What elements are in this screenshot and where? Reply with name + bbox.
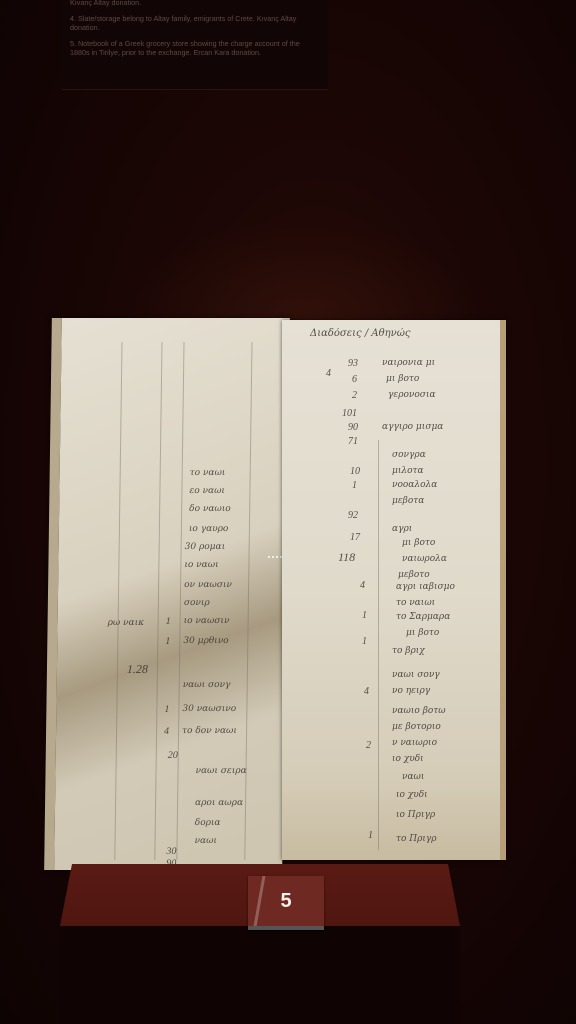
ruled-line xyxy=(378,440,379,850)
ruled-line xyxy=(154,342,162,860)
ledger-left-page: το ναωι εο ναωι δο ναωιο ιο γαυρο 30 ρομ… xyxy=(44,318,290,870)
sign-line-5: 5. Notebook of a Greek grocery store sho… xyxy=(70,39,320,57)
sign-line-1: Kıvanç Altay donation. xyxy=(70,0,320,7)
display-pedestal-body xyxy=(60,926,460,1024)
ledger-right-page: Διαδόσεις / Αθηνώς 4 93 ναιρονια μι 6 μι… xyxy=(282,320,506,860)
ledger-heading: Διαδόσεις / Αθηνώς xyxy=(310,328,410,339)
ruled-line xyxy=(114,342,122,860)
exhibit-info-sign: Kıvanç Altay donation. 4. Slate/storage … xyxy=(62,0,328,90)
exhibit-number: 5 xyxy=(280,890,291,913)
ruled-line xyxy=(244,342,252,860)
sign-line-4: 4. Slate/storage belong to Altay family,… xyxy=(70,14,320,32)
